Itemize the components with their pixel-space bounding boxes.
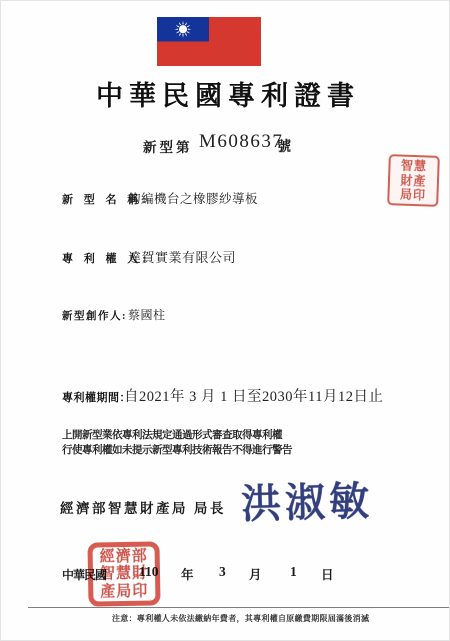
official-seal-top-right: 智慧 財產 局印 xyxy=(387,154,440,207)
seal-script-row: 局印 xyxy=(389,188,436,202)
field-value-patentee: 達賀實業有限公司 xyxy=(128,247,236,266)
legal-statement-line-2: 行使專利權如未提示新型專利技術報告不得進行警告 xyxy=(62,443,292,458)
field-label-creator: 新型創作人: xyxy=(62,308,127,323)
certificate-title: 中華民國專利證書 xyxy=(0,74,450,113)
seal-script-row: 產局印 xyxy=(93,583,155,600)
date-month-unit: 月 xyxy=(249,565,262,583)
director-signature: 洪淑敏 xyxy=(240,469,373,529)
cert-number-suffix: 號 xyxy=(277,136,291,156)
date-day: 1 xyxy=(290,564,297,580)
date-month: 3 xyxy=(219,564,226,580)
legal-statement: 上開新型業依專利法規定通過形式審查取得專利權 行使專利權如未提示新型專利技術報告… xyxy=(62,428,292,458)
official-seal-bureau: 經濟部 智慧財 產局印 xyxy=(87,541,160,606)
date-year-unit: 年 xyxy=(181,565,194,583)
republic-of-china-flag-icon xyxy=(157,17,261,66)
footer-divider xyxy=(28,607,449,608)
field-value-creator: 蔡國柱 xyxy=(128,306,166,323)
seal-script-row: 智慧 xyxy=(390,159,437,173)
legal-statement-line-1: 上開新型業依專利法規定通過形式審查取得專利權 xyxy=(62,428,292,443)
patent-certificate-page: 中華民國專利證書 新型第 M608637 號 智慧 財產 局印 新 型 名 稱:… xyxy=(0,0,450,641)
cert-number-prefix: 新型第 xyxy=(143,136,193,156)
seal-script-row: 財產 xyxy=(390,173,437,187)
date-day-unit: 日 xyxy=(321,565,334,583)
field-value-patent-term: 自2021年 3 月 1 日至2030年11月12日止 xyxy=(124,385,383,406)
seal-script-row: 智慧財 xyxy=(93,565,155,582)
field-label-patent-term: 專利權期間： xyxy=(62,389,131,405)
field-value-model-name: 鈎編機台之橡膠紗導板 xyxy=(128,189,258,207)
cert-number-value: M608637 xyxy=(199,131,283,153)
seal-script-row: 經濟部 xyxy=(93,548,155,565)
footer-note: 注意：專利權人未依法繳納年費者，其專利權自原繳費期限屆滿後消滅 xyxy=(112,613,369,624)
issuer-title: 經濟部智慧財產局 局長 xyxy=(60,497,226,517)
